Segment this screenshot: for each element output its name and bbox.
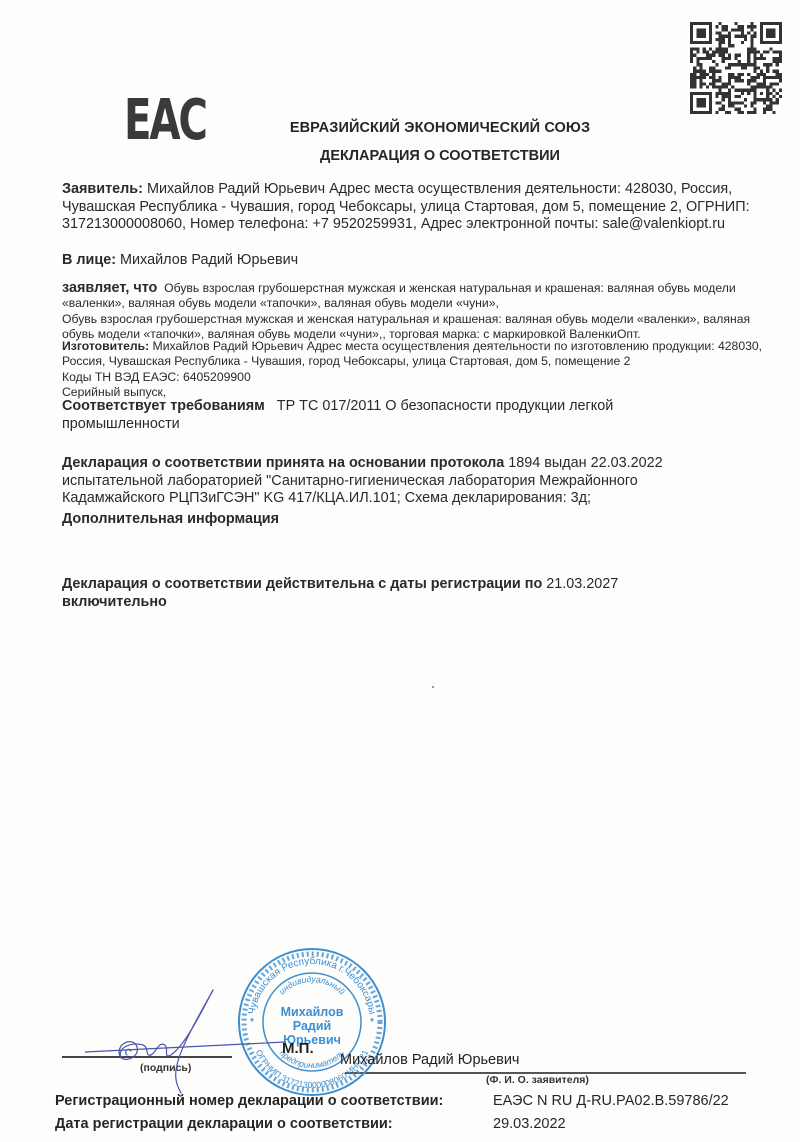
tnved-codes: Коды ТН ВЭД ЕАЭС: 6405209900 — [62, 370, 251, 384]
additional-info-section: Дополнительная информация — [62, 511, 772, 529]
validity-date: 21.03.2027 — [546, 576, 618, 592]
name-caption: (Ф. И. О. заявителя) — [486, 1074, 589, 1086]
registration-number-label: Регистрационный номер декларации о соотв… — [55, 1093, 443, 1109]
registration-date-label: Дата регистрации декларации о соответств… — [55, 1116, 393, 1132]
product-description-full: Обувь взрослая грубошерстная мужская и ж… — [62, 312, 750, 341]
person-label: В лице: — [62, 252, 116, 268]
conformity-section: Соответствует требованиям ТР ТС 017/2011… — [62, 398, 702, 433]
qr-code-icon — [690, 22, 782, 114]
document-title: ДЕКЛАРАЦИЯ О СООТВЕТСТВИИ — [0, 148, 800, 164]
basis-section: Декларация о соответствии принята на осн… — [62, 455, 742, 508]
manufacturer-text: Михайлов Радий Юрьевич Адрес места осуще… — [62, 339, 762, 368]
conformity-label: Соответствует требованиям — [62, 398, 265, 414]
manufacturer-section: Изготовитель: Михайлов Радий Юрьевич Адр… — [62, 339, 772, 400]
person-section: В лице: Михайлов Радий Юрьевич — [62, 252, 772, 270]
validity-suffix: включительно — [62, 594, 167, 610]
registration-date: 29.03.2022 — [493, 1116, 566, 1132]
applicant-name: Михайлов Радий Юрьевич — [340, 1052, 519, 1068]
signature-scribble-icon — [85, 985, 295, 1095]
additional-info-label: Дополнительная информация — [62, 511, 279, 527]
validity-section: Декларация о соответствии действительна … — [62, 576, 702, 611]
scan-speck — [432, 686, 434, 688]
applicant-label: Заявитель: — [62, 181, 143, 197]
validity-label: Декларация о соответствии действительна … — [62, 576, 542, 592]
product-description: Обувь взрослая грубошерстная мужская и ж… — [62, 281, 736, 310]
person-text: Михайлов Радий Юрьевич — [120, 252, 298, 268]
applicant-text: Михайлов Радий Юрьевич Адрес места осуще… — [62, 181, 750, 232]
applicant-section: Заявитель: Михайлов Радий Юрьевич Адрес … — [62, 181, 772, 234]
manufacturer-label: Изготовитель: — [62, 339, 149, 353]
basis-label: Декларация о соответствии принята на осн… — [62, 455, 504, 471]
declares-section: заявляет, что Обувь взрослая грубошерстн… — [62, 281, 772, 342]
registration-number: ЕАЭС N RU Д-RU.РА02.В.59786/22 — [493, 1093, 729, 1109]
release-type: Серийный выпуск, — [62, 385, 166, 399]
declares-label: заявляет, что — [62, 280, 157, 296]
svg-text:*: * — [370, 1015, 375, 1029]
svg-text:Радий: Радий — [293, 1019, 331, 1033]
union-title: ЕВРАЗИЙСКИЙ ЭКОНОМИЧЕСКИЙ СОЮЗ — [0, 120, 800, 136]
